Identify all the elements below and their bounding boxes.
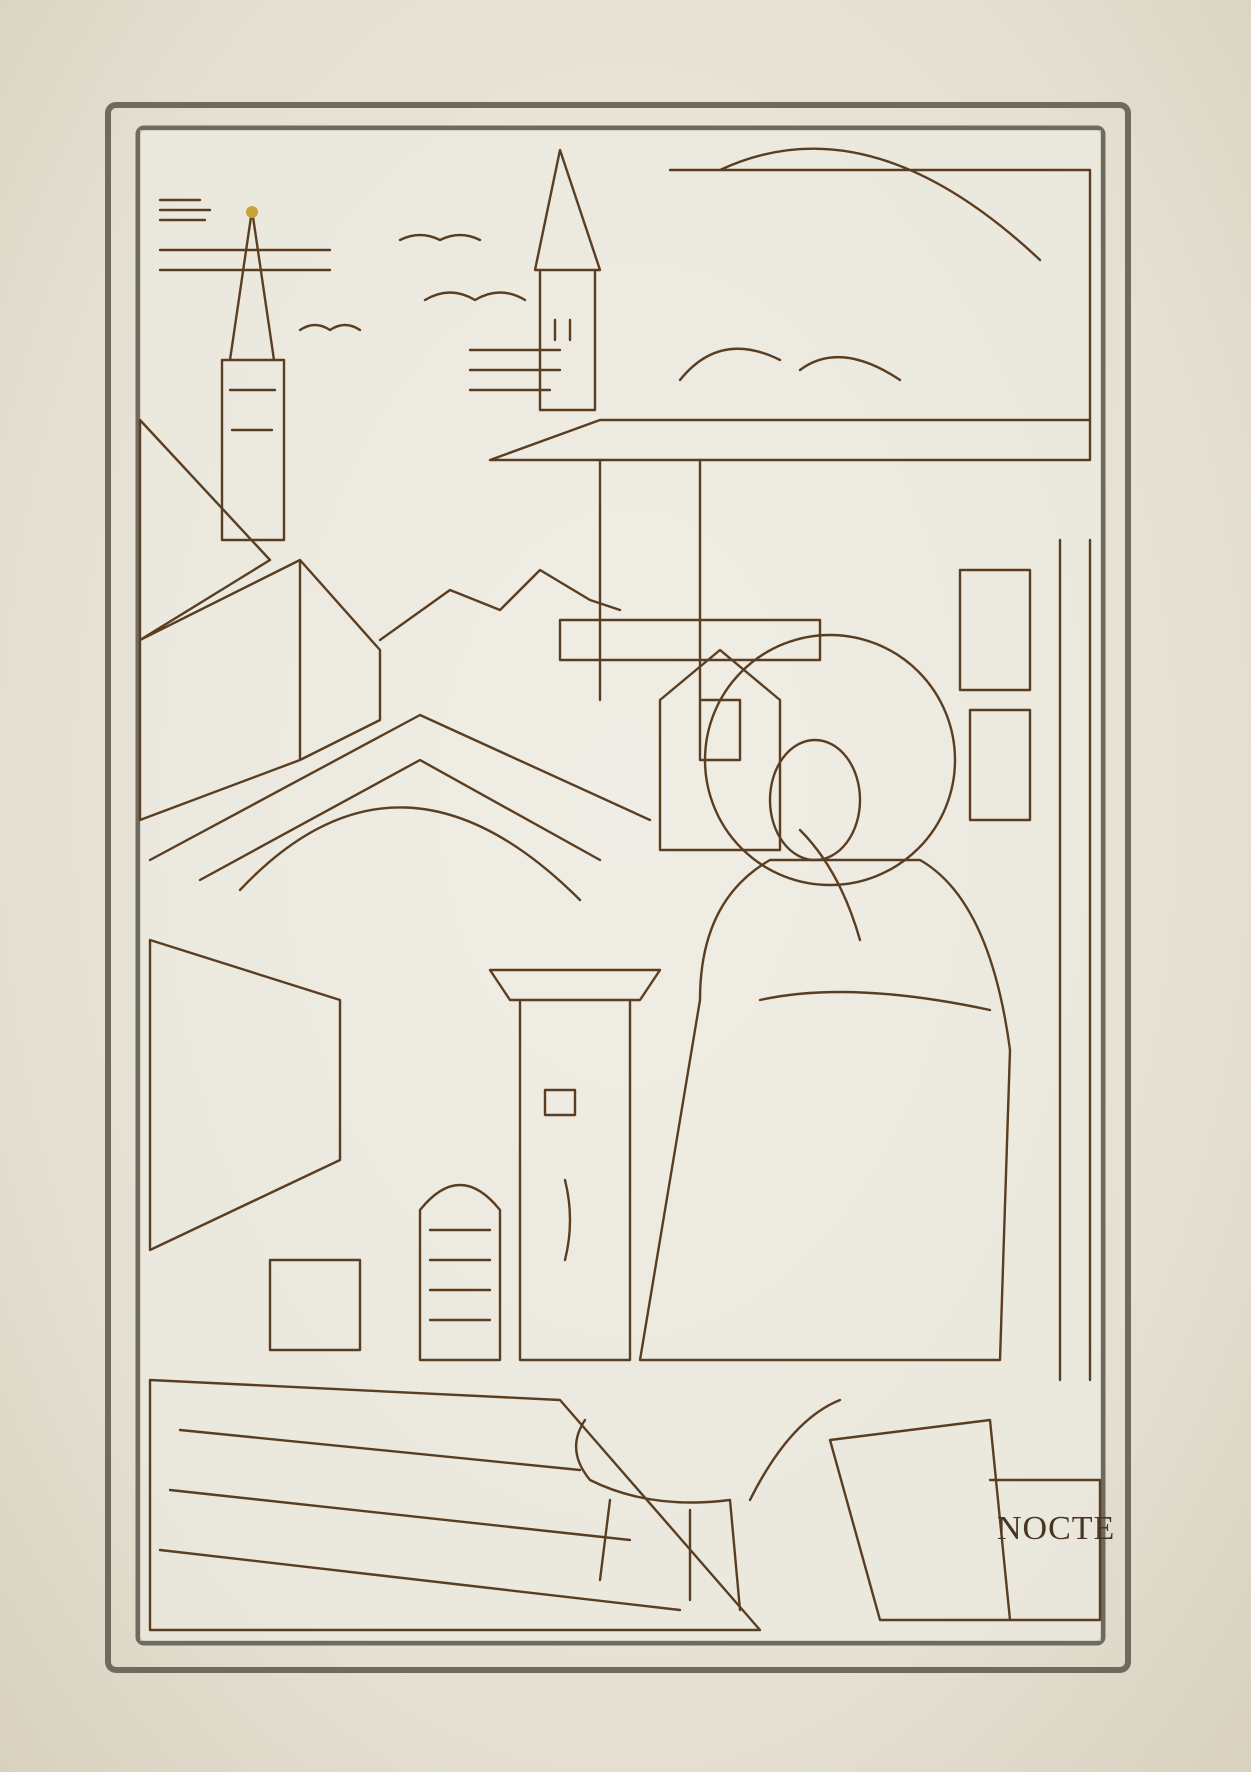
embroidery-artwork [0,0,1251,1772]
gold-finial [246,206,258,218]
caption-text: NOCTE [997,1510,1115,1548]
